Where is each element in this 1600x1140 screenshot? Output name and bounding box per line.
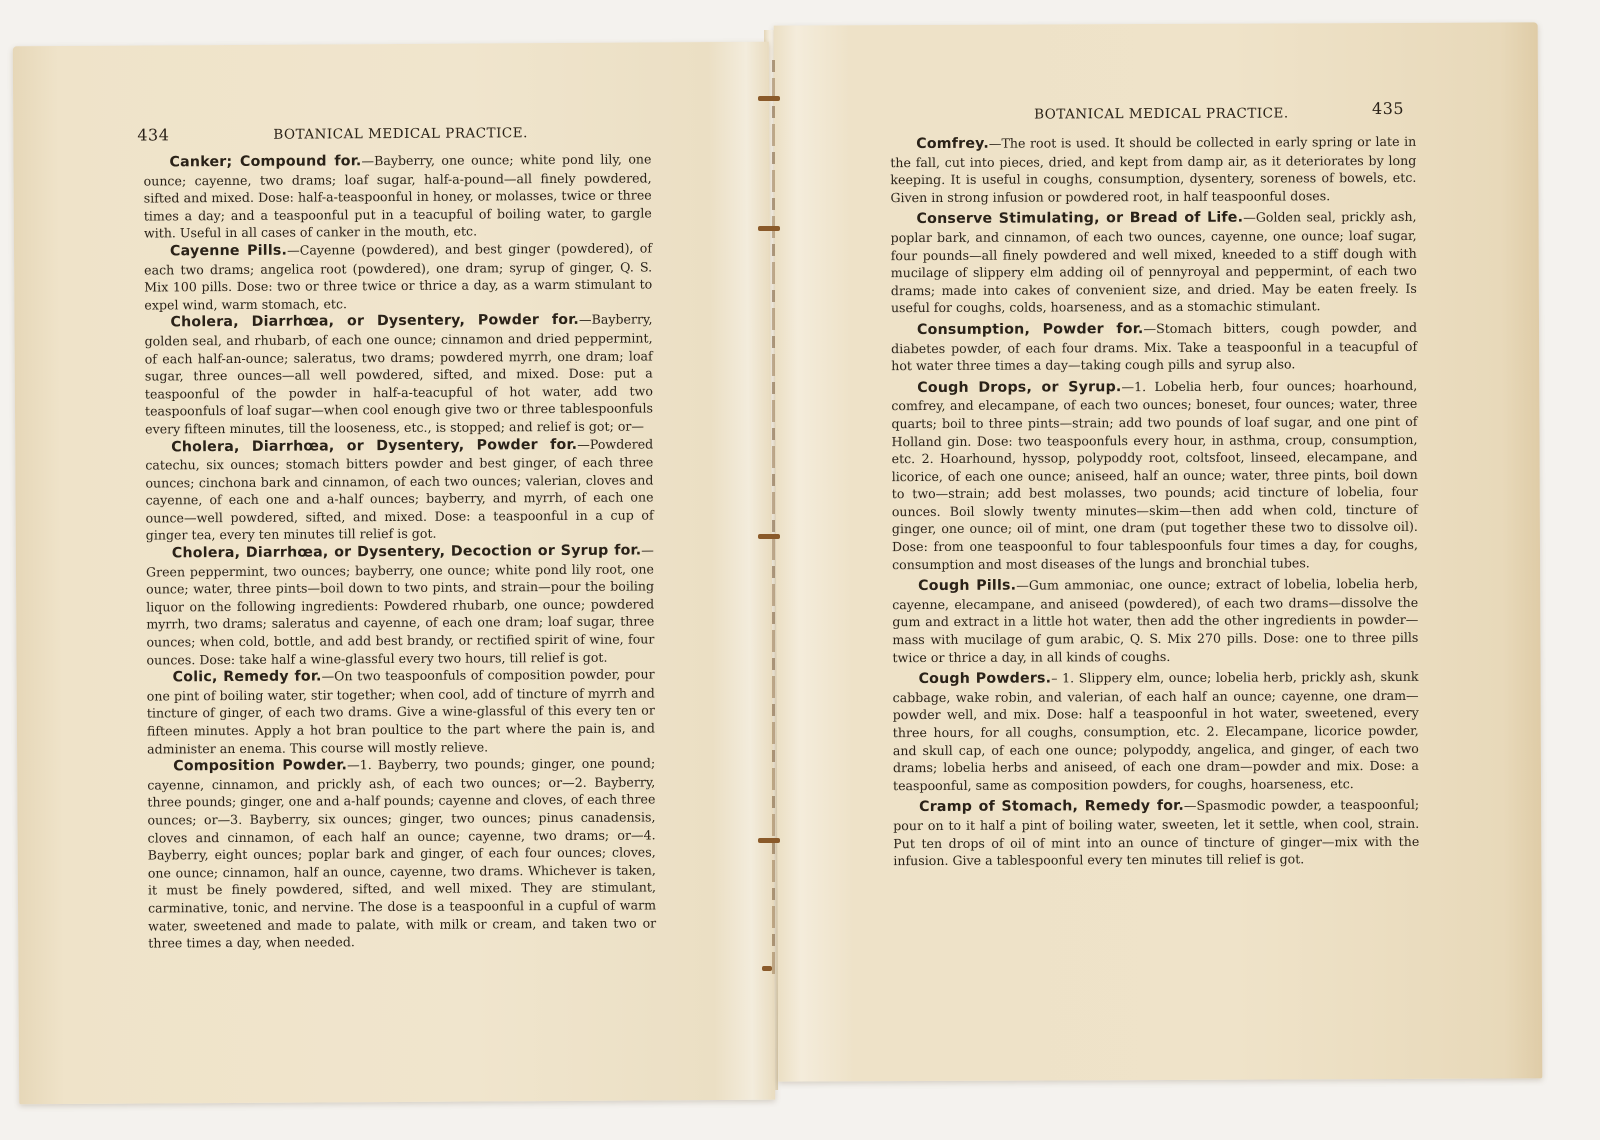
binding-stitch [758, 226, 780, 231]
recipe-entry: Cough Powders.– 1. Slippery elm, ounce; … [893, 668, 1420, 794]
right-page: BOTANICAL MEDICAL PRACTICE. 435 Comfrey.… [774, 22, 1543, 1081]
recipe-entry: Conserve Stimulating, or Bread of Life.—… [891, 208, 1417, 317]
left-page: 434 BOTANICAL MEDICAL PRACTICE. Canker; … [13, 42, 775, 1105]
entry-text: —1. Bayberry, two pounds; ginger, one po… [147, 756, 656, 951]
binding-stitch [762, 966, 772, 971]
entry-heading: Cholera, Diarrhœa, or Dysentery, Powder … [171, 436, 577, 454]
entry-text: —Green peppermint, two ounces; bayberry,… [146, 542, 655, 667]
entry-heading: Cholera, Diarrhœa, or Dysentery, Decocti… [172, 543, 641, 562]
entry-heading: Colic, Remedy for. [173, 669, 322, 686]
recipe-entry: Cough Drops, or Syrup.—1. Lobelia herb, … [891, 377, 1418, 574]
running-title: BOTANICAL MEDICAL PRACTICE. [1034, 105, 1289, 122]
entry-heading: Conserve Stimulating, or Bread of Life. [917, 210, 1244, 227]
binding-stitch [758, 534, 780, 539]
entry-text: —1. Lobelia herb, four ounces; hoarhound… [891, 378, 1418, 572]
entry-heading: Canker; Compound for. [169, 153, 361, 170]
entry-heading: Cayenne Pills. [170, 243, 287, 260]
recipe-entry: Cayenne Pills.—Cayenne (powdered), and b… [144, 239, 652, 313]
entry-heading: Cough Drops, or Syrup. [917, 379, 1121, 396]
recipe-entry: Colic, Remedy for.—On two teaspoonfuls o… [147, 666, 656, 758]
entry-heading: Cough Powders. [919, 671, 1052, 688]
recipe-entry: Composition Powder.—1. Bayberry, two pou… [147, 755, 656, 953]
recipe-entry: Cramp of Stomach, Remedy for.—Spasmodic … [893, 796, 1419, 870]
entry-heading: Cramp of Stomach, Remedy for. [919, 798, 1184, 815]
running-head-left: 434 BOTANICAL MEDICAL PRACTICE. [13, 124, 769, 129]
entry-heading: Cough Pills. [918, 578, 1016, 594]
running-title: BOTANICAL MEDICAL PRACTICE. [273, 125, 528, 143]
entry-heading: Comfrey. [916, 136, 989, 152]
entry-heading: Composition Powder. [173, 757, 347, 774]
recipe-entry: Cholera, Diarrhœa, or Dysentery, Powder … [144, 311, 653, 438]
recipe-entry: Comfrey.—The root is used. It should be … [890, 133, 1416, 207]
page-number: 435 [1372, 99, 1404, 118]
binding-stitch [758, 838, 780, 843]
recipe-entry: Canker; Compound for.—Bayberry, one ounc… [143, 150, 652, 242]
recipe-entry: Cholera, Diarrhœa, or Dysentery, Decocti… [146, 541, 655, 668]
entry-text: – 1. Slippery elm, ounce; lobelia herb, … [893, 669, 1419, 793]
entry-heading: Consumption, Powder for. [917, 321, 1144, 338]
binding-stitch [758, 96, 780, 101]
page-number: 434 [137, 125, 169, 144]
recipe-entry: Cholera, Diarrhœa, or Dysentery, Powder … [145, 435, 654, 545]
page-body-right: Comfrey.—The root is used. It should be … [890, 133, 1419, 874]
entry-heading: Cholera, Diarrhœa, or Dysentery, Powder … [170, 312, 579, 330]
running-head-right: BOTANICAL MEDICAL PRACTICE. 435 [774, 104, 1538, 107]
recipe-entry: Cough Pills.—Gum ammoniac, one ounce; ex… [892, 575, 1418, 666]
entry-text: —Bayberry, golden seal, and rhubarb, of … [145, 312, 654, 437]
recipe-entry: Consumption, Powder for.—Stomach bitters… [891, 319, 1417, 375]
page-body-left: Canker; Compound for.—Bayberry, one ounc… [143, 150, 656, 952]
